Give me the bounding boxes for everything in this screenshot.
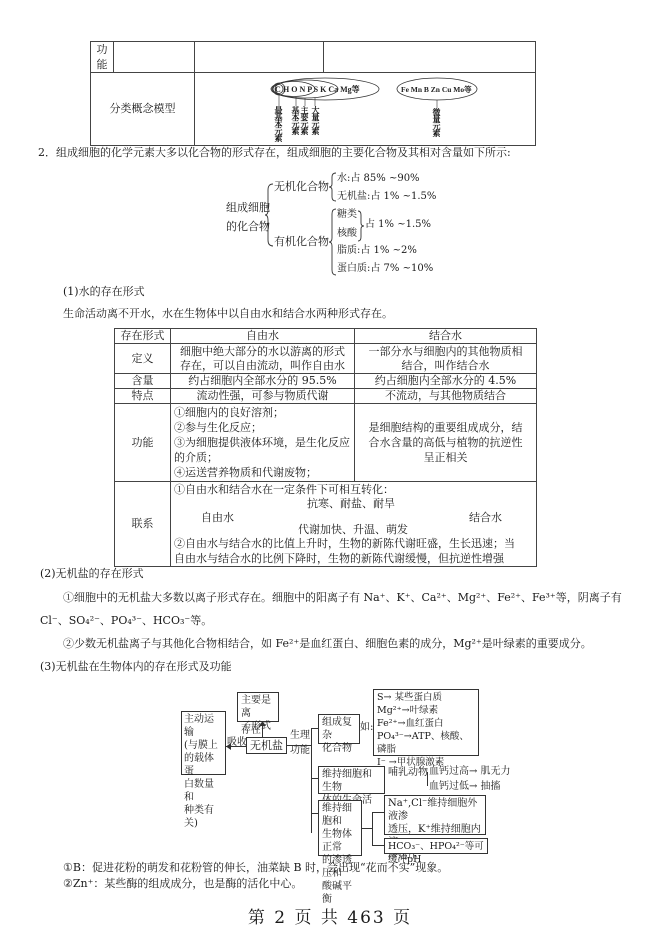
group-brace <box>357 210 365 242</box>
bound-definition-line: 一部分水与细胞内的其他物质相 <box>355 345 536 359</box>
func1-line: 组成复杂 <box>322 716 356 742</box>
protein-content: 蛋白质:占 7% ~10% <box>337 263 433 275</box>
free-function-line: ①细胞内的良好溶剂； <box>174 405 354 420</box>
free-definition-line: 存在，可以自由流动，叫作自由水 <box>171 359 354 373</box>
absorb-box-line: 主动运输 <box>184 713 223 739</box>
row-label-definition: 定义 <box>115 344 171 374</box>
connector <box>372 812 384 813</box>
func1-example: S→ 某些蛋白质 <box>377 691 475 704</box>
bound-content: 约占细胞内全部水分的 4.5% <box>355 374 537 389</box>
organic-label: 有机化合物 <box>274 236 329 248</box>
relation-top-condition: 抗寒、耐盐、耐旱 <box>174 497 536 510</box>
func1-example: Fe²⁺→血红蛋白 <box>377 717 475 730</box>
salts-p1a: ①细胞中的无机盐大多数以离子形式存在。细胞中的阳离子有 Na⁺、K⁺、Ca²⁺、… <box>63 591 622 605</box>
form-box-line: 主要是离 <box>241 694 275 720</box>
salts-heading3: (3)无机盐在生物体内的存在形式及功能 <box>40 660 232 674</box>
physio-label-1: 生理 <box>290 730 310 742</box>
connector-trunk <box>311 728 312 833</box>
relation-line2: ②自由水与结合水的比值上升时，生物的新陈代谢旺盛，生长迅速；当 <box>174 536 536 551</box>
basic-element-label: 基本元素 <box>291 106 300 134</box>
relation-free-water: 自由水 <box>201 510 234 525</box>
inorganic-label: 无机化合物 <box>274 181 329 193</box>
absorb-box-line: 白数量和 <box>184 778 223 804</box>
free-function-line: 的介质； <box>174 450 354 465</box>
water-heading: (1)水的存在形式 <box>63 285 145 299</box>
physio-label-2: 功能 <box>290 745 310 757</box>
func2-line: 维持细胞和生物 <box>322 768 381 794</box>
free-feature: 流动性强，可参与物质代谢 <box>171 389 355 404</box>
macro-element-label: 大量元素 <box>311 106 320 134</box>
water-content: 水:占 85% ~90% <box>337 173 420 185</box>
func1-example: PO₄³⁻→ATP、核酸、磷脂 <box>377 730 475 756</box>
relation-bound-water: 结合水 <box>469 510 502 525</box>
osmotic-box: Na⁺,Cl⁻维持细胞外液渗 透压，K⁺维持细胞内液 渗透压 <box>384 795 486 835</box>
free-function-line: ④运送营养物质和代谢废物； <box>174 465 354 480</box>
model-label-cell: 分类概念模型 <box>91 73 195 146</box>
arrow-left-icon <box>226 743 231 750</box>
relation-conversion-row: 自由水 结合水 <box>174 510 536 523</box>
bound-definition: 一部分水与细胞内的其他物质相 结合，叫作结合水 <box>355 344 537 374</box>
organic-brace <box>329 208 337 276</box>
water-intro: 生命活动离不开水，水在生物体中以自由水和结合水两种形式存在。 <box>63 307 393 321</box>
water-table: 存在形式 自由水 结合水 定义 细胞中绝大部分的水以游离的形式 存在，可以自由流… <box>114 328 537 567</box>
section2-intro: 2．组成细胞的化学元素大多以化合物的形式存在，组成细胞的主要化合物及其相对含量如… <box>38 146 511 160</box>
func2-box: 维持细胞和生物 体的生命活动 <box>318 766 385 794</box>
empty-cell <box>114 42 195 73</box>
bound-feature: 不流动，与其他物质结合 <box>355 389 537 404</box>
free-function-line: ③为细胞提供液体环境，是生化反应 <box>174 435 354 450</box>
row-label-relation: 联系 <box>115 482 171 567</box>
page-footer: 第 2 页 共 463 页 <box>0 903 660 928</box>
high-calcium: 血钙过高→ 肌无力 <box>429 766 511 778</box>
connector <box>311 778 318 779</box>
free-definition: 细胞中绝大部分的水以游离的形式 存在，可以自由流动，叫作自由水 <box>171 344 355 374</box>
sugar-nucleic-content: 占 1% ~1.5% <box>365 219 431 231</box>
header-bound-water: 结合水 <box>355 329 537 344</box>
connector <box>311 813 318 814</box>
free-function-line: ②参与生化反应； <box>174 420 354 435</box>
func1-line: 化合物 <box>322 742 356 755</box>
note-boron: ①B：促进花粉的萌发和花粉管的伸长，油菜缺 B 时，会出现“花而不实”现象。 <box>63 861 448 875</box>
osmotic-line: Na⁺,Cl⁻维持细胞外液渗 <box>388 797 482 823</box>
bound-definition-line: 结合，叫作结合水 <box>355 359 536 373</box>
bound-function: 是细胞结构的重要组成成分，结 合水含量的高低与植物的抗逆性 呈正相关 <box>355 404 537 482</box>
salts-heading: (2)无机盐的存在形式 <box>40 567 144 581</box>
salts-p1b: Cl⁻、SO₄²⁻、PO₄³⁻、HCO₃⁻等。 <box>40 614 212 628</box>
empty-cell <box>324 42 536 73</box>
row-label-function: 功能 <box>91 42 114 73</box>
func1-box: 组成复杂 化合物 <box>318 714 360 744</box>
free-definition-line: 细胞中绝大部分的水以游离的形式 <box>171 345 354 359</box>
exist-label: 存在 <box>241 725 261 737</box>
connector <box>372 845 384 846</box>
nucleic-acid-label: 核酸 <box>337 228 357 240</box>
salt-content: 无机盐:占 1% ~1.5% <box>337 191 436 203</box>
func1-examples-box: S→ 某些蛋白质 Mg²⁺→叶绿素 Fe²⁺→血红蛋白 PO₄³⁻→ATP、核酸… <box>373 689 479 756</box>
root-line2: 的化合物 <box>226 221 270 233</box>
absorb-box-line: 种类有关) <box>184 804 223 830</box>
buffer-box: HCO₃⁻、HPO₄²⁻等可缓冲pH <box>384 838 488 854</box>
bound-function-line: 是细胞结构的重要组成成分，结 <box>355 420 536 435</box>
most-basic-element-label: 最基本元素 <box>274 106 283 141</box>
header-form: 存在形式 <box>115 329 171 344</box>
micro-element-label: 微量元素 <box>432 108 441 136</box>
arrow-up-icon <box>259 721 266 726</box>
inorganic-salt-label: 无机盐 <box>250 739 283 752</box>
absorb-box-line: (与膜上 <box>184 739 223 752</box>
free-content: 约占细胞内全部水分的 95.5% <box>171 374 355 389</box>
mammal-label: 哺乳动物 <box>388 767 428 779</box>
empty-cell <box>195 42 324 73</box>
relation-line1: ①自由水和结合水在一定条件下可相互转化： <box>174 482 536 497</box>
relation-cell: ①自由水和结合水在一定条件下可相互转化： 抗寒、耐盐、耐旱 自由水 结合水 代谢… <box>171 482 537 567</box>
absorb-box-line: 的载体蛋 <box>184 752 223 778</box>
svg-text:H O N P S K Ca Mg等: H O N P S K Ca Mg等 <box>283 84 360 94</box>
classification-model-label: 分类概念模型 <box>110 102 176 115</box>
connector <box>311 728 318 729</box>
row-label-feature: 特点 <box>115 389 171 404</box>
salts-p2: ②少数无机盐离子与其他化合物相结合，如 Fe²⁺是血红蛋白、细胞色素的成分，Mg… <box>63 637 592 651</box>
bound-function-line: 合水含量的高低与植物的抗逆性 <box>355 435 536 450</box>
form-box: 主要是离 子形式 <box>237 692 279 722</box>
inorganic-salt-box: 无机盐 <box>246 737 287 754</box>
relation-line3: 自由水与结合水的比例下降时，生物的新陈代谢缓慢，但抗逆性增强 <box>174 551 536 566</box>
func1-prefix: 如: <box>360 722 373 734</box>
main-element-label: 主要元素 <box>300 106 309 134</box>
connector <box>372 812 373 845</box>
row-label-content: 含量 <box>115 374 171 389</box>
row-label-function: 功能 <box>115 404 171 482</box>
connector <box>287 745 311 746</box>
func3-line: 生物体正常 <box>322 828 358 854</box>
bound-function-line: 呈正相关 <box>355 450 536 465</box>
note-zinc: ②Zn⁺：某些酶的组成成分，也是酶的活化中心。 <box>63 877 302 891</box>
func1-example: Mg²⁺→叶绿素 <box>377 704 475 717</box>
lipid-content: 脂质:占 1% ~2% <box>337 245 417 257</box>
connector <box>427 772 428 786</box>
func3-box: 维持细胞和 生物体正常 的渗透压和 酸碱平衡 <box>318 800 362 856</box>
svg-text:C: C <box>275 85 281 94</box>
absorb-box: 主动运输 (与膜上 的载体蛋 白数量和 种类有关) <box>181 711 226 775</box>
inorganic-brace <box>329 172 337 202</box>
free-function: ①细胞内的良好溶剂； ②参与生化反应； ③为细胞提供液体环境，是生化反应 的介质… <box>171 404 355 482</box>
function-label: 功能 <box>95 42 109 72</box>
func3-line: 维持细胞和 <box>322 802 358 828</box>
root-line1: 组成细胞 <box>226 202 270 214</box>
sugar-label: 糖类 <box>337 209 357 221</box>
low-calcium: 血钙过低→ 抽搐 <box>429 781 501 793</box>
svg-text:Fe Mn B Zn Cu Mo等: Fe Mn B Zn Cu Mo等 <box>401 84 472 94</box>
connector <box>362 828 372 829</box>
header-free-water: 自由水 <box>171 329 355 344</box>
